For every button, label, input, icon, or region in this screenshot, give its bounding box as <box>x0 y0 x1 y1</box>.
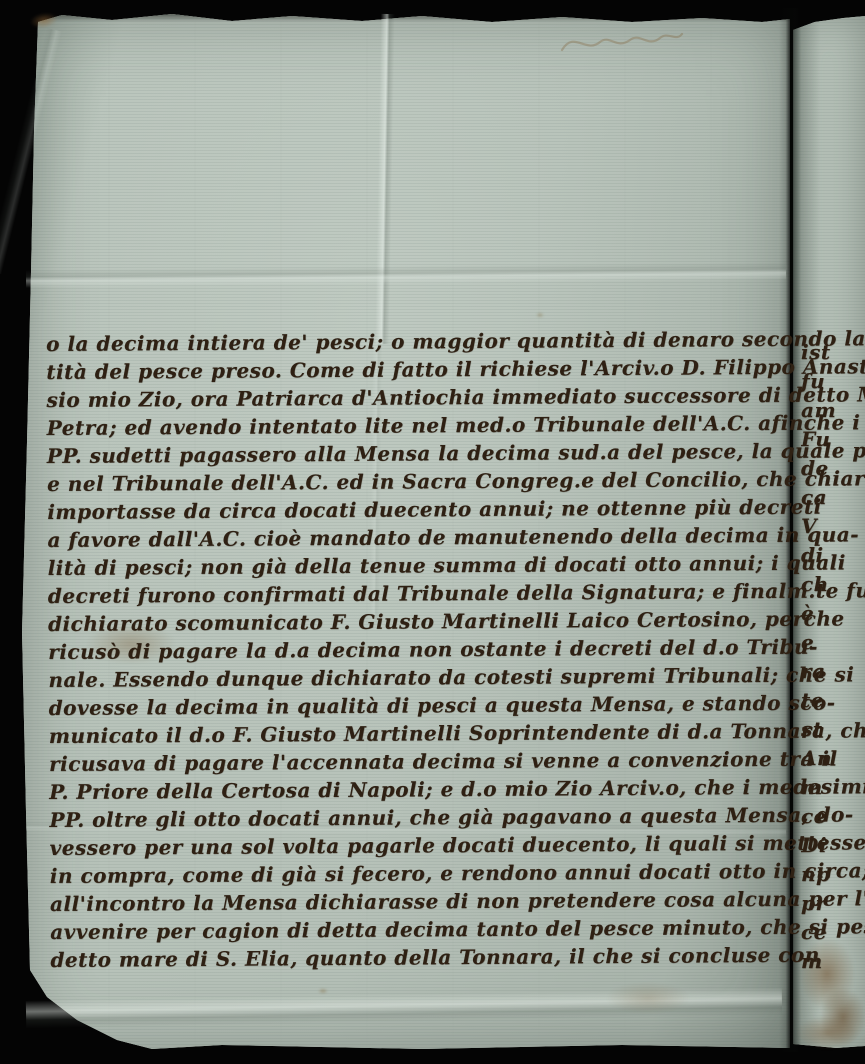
manuscript-line-fragment: V <box>801 512 865 541</box>
manuscript-line-fragment: e <box>801 628 865 657</box>
manuscript-line-fragment: è <box>801 599 865 628</box>
manuscript-text-fragments: istfuamFudecaVdichèeratestAnmceDinpprcem <box>801 338 865 976</box>
manuscript-line-fragment: Fu <box>801 425 865 454</box>
manuscript-line-fragment: ra <box>801 657 865 686</box>
manuscript-line-fragment: ca <box>801 483 865 512</box>
manuscript-text-block: o la decima intiera de' pesci; o maggior… <box>46 325 798 974</box>
manuscript-line-fragment: m <box>801 773 865 802</box>
manuscript-line: detto mare di S. Elia, quanto della Tonn… <box>50 941 798 974</box>
manuscript-line-fragment: ch <box>801 570 865 599</box>
manuscript-line-fragment: m <box>801 947 865 976</box>
manuscript-line-fragment: st <box>801 715 865 744</box>
manuscript-line-fragment: ce <box>801 802 865 831</box>
manuscript-line-fragment: ce <box>801 918 865 947</box>
manuscript-line-fragment: te <box>801 686 865 715</box>
manuscript-scan: o la decima intiera de' pesci; o maggior… <box>0 0 865 1064</box>
manuscript-line-fragment: de <box>801 454 865 483</box>
manuscript-line-fragment: np <box>801 860 865 889</box>
manuscript-line-fragment: pr <box>801 889 865 918</box>
manuscript-line-fragment: An <box>801 744 865 773</box>
manuscript-line-fragment: am <box>801 396 865 425</box>
manuscript-line-fragment: di <box>801 541 865 570</box>
manuscript-line-fragment: Di <box>801 831 865 860</box>
manuscript-line-fragment: ist <box>801 338 865 367</box>
manuscript-line-fragment: fu <box>801 367 865 396</box>
